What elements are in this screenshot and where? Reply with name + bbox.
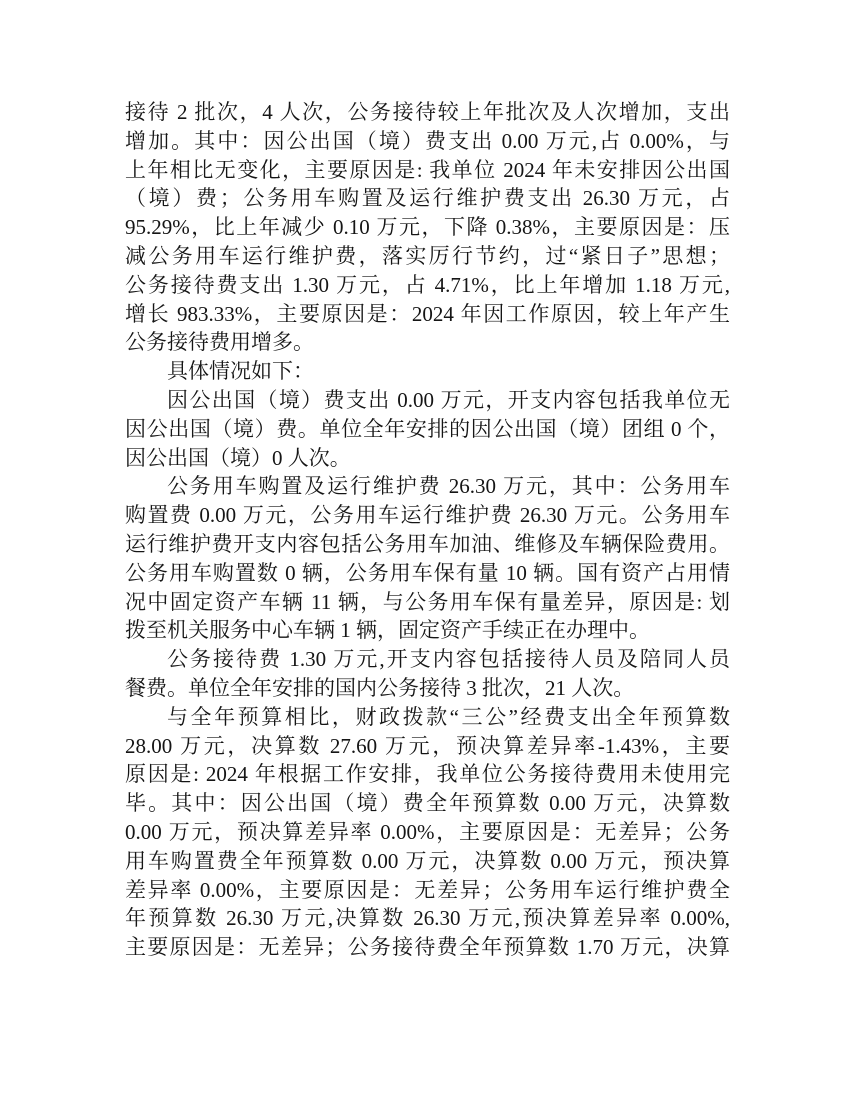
text-line: 用车购置费全年预算数 0.00 万元，决算数 0.00 万元，预决算	[125, 847, 730, 876]
text-line: 公务接待费支出 1.30 万元，占 4.71%，比上年增加 1.18 万元,	[125, 271, 730, 300]
text-line: 上年相比无变化，主要原因是: 我单位 2024 年未安排因公出国	[125, 156, 730, 185]
text-line: 减公务用车运行维护费，落实厉行节约，过“紧日子”思想；	[125, 242, 730, 271]
text-line: 95.29%，比上年减少 0.10 万元，下降 0.38%，主要原因是：压	[125, 213, 730, 242]
text-line: 原因是: 2024 年根据工作安排，我单位公务接待费用未使用完	[125, 760, 730, 789]
text-line: 因公出国（境）费。单位全年安排的因公出国（境）团组 0 个，	[125, 415, 730, 444]
text-line: 公务接待费 1.30 万元,开支内容包括接待人员及陪同人员	[125, 645, 730, 674]
text-line: 主要原因是：无差异；公务接待费全年预算数 1.70 万元，决算	[125, 933, 730, 962]
text-line: 差异率 0.00%，主要原因是：无差异；公务用车运行维护费全	[125, 876, 730, 905]
text-line: 运行维护费开支内容包括公务用车加油、维修及车辆保险费用。	[125, 530, 730, 559]
text-line: 接待 2 批次，4 人次，公务接待较上年批次及人次增加，支出	[125, 98, 730, 127]
text-line: 年预算数 26.30 万元,决算数 26.30 万元,预决算差异率 0.00%,	[125, 904, 730, 933]
text-line: 具体情况如下：	[125, 357, 730, 386]
text-line: 拨至机关服务中心车辆 1 辆，固定资产手续正在办理中。	[125, 616, 730, 645]
text-line: 毕。其中：因公出国（境）费全年预算数 0.00 万元，决算数	[125, 789, 730, 818]
text-line: 与全年预算相比，财政拨款“三公”经费支出全年预算数	[125, 703, 730, 732]
text-line: 28.00 万元，决算数 27.60 万元，预决算差异率-1.43%，主要	[125, 732, 730, 761]
text-line: 0.00 万元，预决算差异率 0.00%，主要原因是：无差异；公务	[125, 818, 730, 847]
text-line: 增长 983.33%，主要原因是：2024 年因工作原因，较上年产生	[125, 300, 730, 329]
text-line: 因公出国（境）0 人次。	[125, 444, 730, 473]
text-line: 增加。其中：因公出国（境）费支出 0.00 万元,占 0.00%，与	[125, 127, 730, 156]
document-page: 接待 2 批次，4 人次，公务接待较上年批次及人次增加，支出 增加。其中：因公出…	[0, 0, 850, 1100]
text-line: 餐费。单位全年安排的国内公务接待 3 批次，21 人次。	[125, 674, 730, 703]
text-line: （境）费；公务用车购置及运行维护费支出 26.30 万元，占	[125, 184, 730, 213]
text-line: 因公出国（境）费支出 0.00 万元，开支内容包括我单位无	[125, 386, 730, 415]
text-line: 公务用车购置数 0 辆，公务用车保有量 10 辆。国有资产占用情	[125, 559, 730, 588]
text-line: 购置费 0.00 万元，公务用车运行维护费 26.30 万元。公务用车	[125, 501, 730, 530]
document-text-block: 接待 2 批次，4 人次，公务接待较上年批次及人次增加，支出 增加。其中：因公出…	[125, 98, 730, 962]
text-line: 况中固定资产车辆 11 辆，与公务用车保有量差异，原因是: 划	[125, 588, 730, 617]
text-line: 公务接待费用增多。	[125, 328, 730, 357]
text-line: 公务用车购置及运行维护费 26.30 万元，其中：公务用车	[125, 472, 730, 501]
